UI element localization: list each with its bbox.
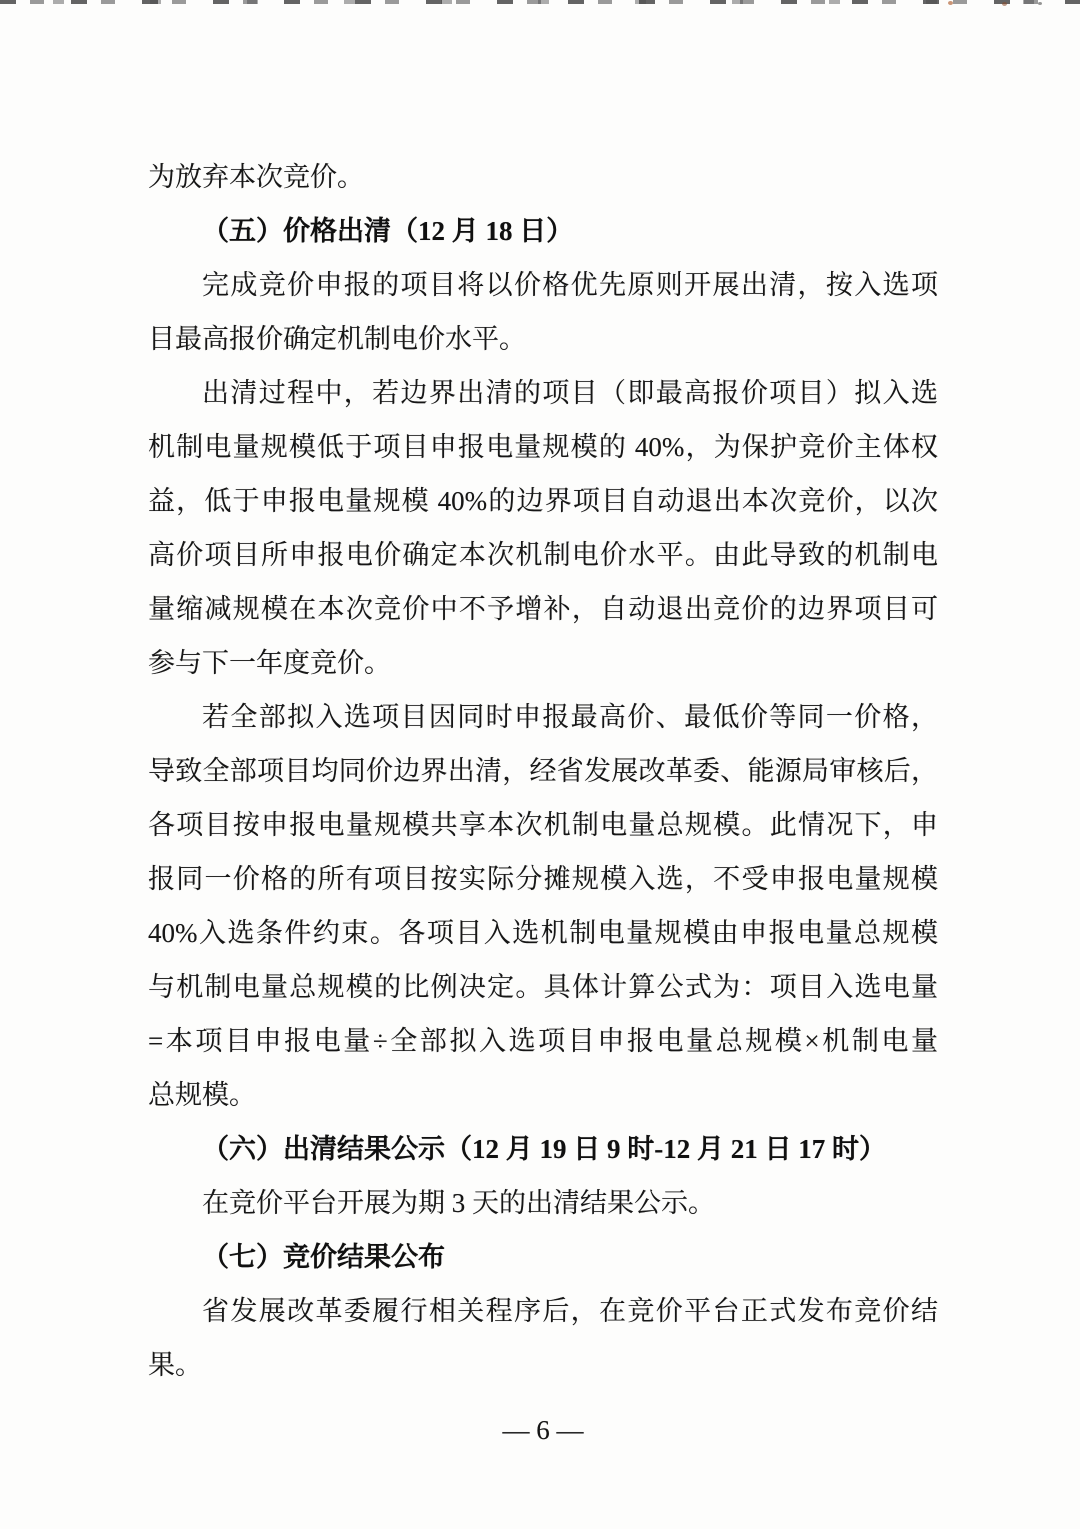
text-line: 报同一价格的所有项目按实际分摊规模入选，不受申报电量规模 [148,852,938,906]
text-line: 完成竞价申报的项目将以价格优先原则开展出清，按入选项 [148,258,938,312]
scan-speck [1038,2,1042,5]
text-line: 总规模。 [148,1068,938,1122]
text-line: （六）出清结果公示（12 月 19 日 9 时-12 月 21 日 17 时） [148,1122,938,1176]
text-line: 高价项目所申报电价确定本次机制电价水平。由此导致的机制电 [148,528,938,582]
section-heading: （七）竞价结果公布 [148,1230,938,1284]
text-line: 益，低于申报电量规模 40%的边界项目自动退出本次竞价，以次 [148,474,938,528]
scan-artifact-top [0,0,1080,4]
text-line: 参与下一年度竞价。 [148,636,938,690]
scan-speck [1002,2,1007,6]
paragraph: 若全部拟入选项目因同时申报最高价、最低价等同一价格，导致全部项目均同价边界出清，… [148,690,938,1122]
text-line: （七）竞价结果公布 [148,1230,938,1284]
text-line: 若全部拟入选项目因同时申报最高价、最低价等同一价格， [148,690,938,744]
section-heading: （六）出清结果公示（12 月 19 日 9 时-12 月 21 日 17 时） [148,1122,938,1176]
text-line: 在竞价平台开展为期 3 天的出清结果公示。 [148,1176,938,1230]
text-line: 省发展改革委履行相关程序后，在竞价平台正式发布竞价结 [148,1284,938,1338]
page-number: — 6 — [148,1408,938,1462]
text-line: 为放弃本次竞价。 [148,150,938,204]
text-line: 量缩减规模在本次竞价中不予增补，自动退出竞价的边界项目可 [148,582,938,636]
paragraph: 完成竞价申报的项目将以价格优先原则开展出清，按入选项目最高报价确定机制电价水平。 [148,258,938,366]
text-line: （五）价格出清（12 月 18 日） [148,204,938,258]
text-line: 机制电量规模低于项目申报电量规模的 40%，为保护竞价主体权 [148,420,938,474]
paragraph: 为放弃本次竞价。 [148,150,938,204]
document-body: 为放弃本次竞价。（五）价格出清（12 月 18 日）完成竞价申报的项目将以价格优… [148,150,938,1392]
text-line: 40%入选条件约束。各项目入选机制电量规模由申报电量总规模 [148,906,938,960]
text-line: =本项目申报电量÷全部拟入选项目申报电量总规模×机制电量 [148,1014,938,1068]
section-heading: （五）价格出清（12 月 18 日） [148,204,938,258]
paragraph: 出清过程中，若边界出清的项目（即最高报价项目）拟入选机制电量规模低于项目申报电量… [148,366,938,690]
text-line: 各项目按申报电量规模共享本次机制电量总规模。此情况下，申 [148,798,938,852]
text-line: 目最高报价确定机制电价水平。 [148,312,938,366]
text-line: 果。 [148,1338,938,1392]
text-line: 出清过程中，若边界出清的项目（即最高报价项目）拟入选 [148,366,938,420]
text-line: 导致全部项目均同价边界出清，经省发展改革委、能源局审核后， [148,744,938,798]
document-page: 为放弃本次竞价。（五）价格出清（12 月 18 日）完成竞价申报的项目将以价格优… [0,0,1080,1529]
scan-speck [948,1,953,5]
paragraph: 省发展改革委履行相关程序后，在竞价平台正式发布竞价结果。 [148,1284,938,1392]
text-line: 与机制电量总规模的比例决定。具体计算公式为：项目入选电量 [148,960,938,1014]
paragraph: 在竞价平台开展为期 3 天的出清结果公示。 [148,1176,938,1230]
